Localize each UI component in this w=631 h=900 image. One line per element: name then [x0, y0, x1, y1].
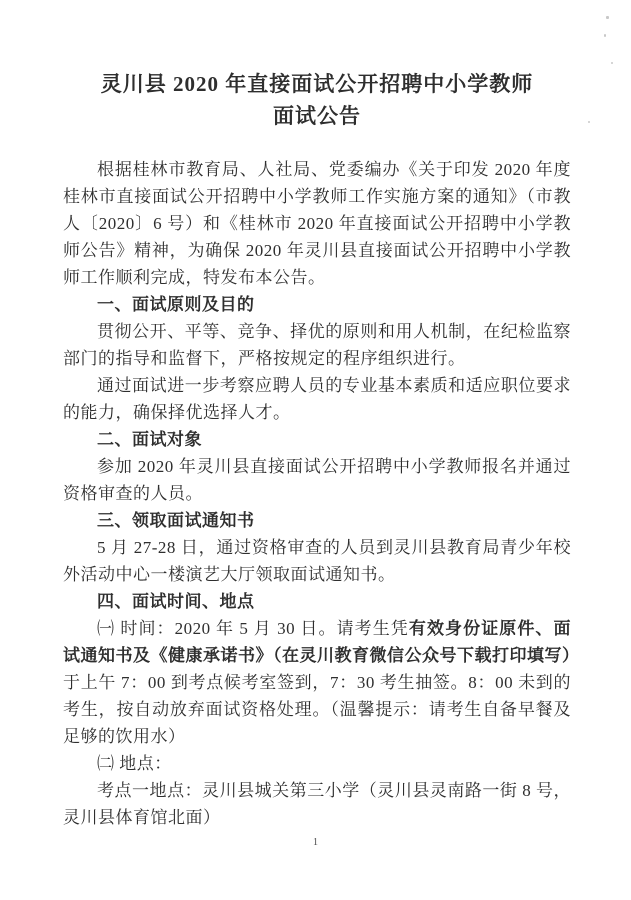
- scan-speck: [606, 16, 609, 19]
- section-4-location-label: ㈡ 地点：: [63, 750, 571, 777]
- announcement-page: 灵川县 2020 年直接面试公开招聘中小学教师 面试公告 根据桂林市教育局、人社…: [0, 0, 631, 900]
- section-4-heading: 四、面试时间、地点: [63, 588, 571, 615]
- scan-speck: [588, 121, 590, 123]
- time-paragraph-end: 于上午 7：00 到考点候考室签到，7：30 考生抽签。8：00 未到的考生，按…: [63, 673, 571, 746]
- title-line-1: 灵川县 2020 年直接面试公开招聘中小学教师: [63, 68, 571, 100]
- section-3-paragraph-1: 5 月 27-28 日，通过资格审查的人员到灵川县教育局青少年校外活动中心一楼演…: [63, 534, 571, 588]
- section-2-heading: 二、面试对象: [63, 426, 571, 453]
- scan-speck: [604, 34, 606, 37]
- section-4-time-paragraph: ㈠ 时间：2020 年 5 月 30 日。请考生凭有效身份证原件、面试通知书及《…: [63, 615, 571, 750]
- section-4-venue-paragraph: 考点一地点：灵川县城关第三小学（灵川县灵南路一街 8 号，灵川县体育馆北面）: [63, 777, 571, 831]
- intro-paragraph: 根据桂林市教育局、人社局、党委编办《关于印发 2020 年度桂林市直接面试公开招…: [63, 156, 571, 291]
- section-1-paragraph-2: 通过面试进一步考察应聘人员的专业基本素质和适应职位要求的能力，确保择优选择人才。: [63, 372, 571, 426]
- title-line-2: 面试公告: [63, 100, 571, 132]
- section-1-heading: 一、面试原则及目的: [63, 291, 571, 318]
- time-paragraph-start: ㈠ 时间：2020 年 5 月 30 日。请考生凭: [97, 619, 409, 638]
- section-2-paragraph-1: 参加 2020 年灵川县直接面试公开招聘中小学教师报名并通过资格审查的人员。: [63, 453, 571, 507]
- scan-speck: [611, 62, 613, 64]
- section-1-paragraph-1: 贯彻公开、平等、竞争、择优的原则和用人机制，在纪检监察部门的指导和监督下，严格按…: [63, 318, 571, 372]
- document-content: 灵川县 2020 年直接面试公开招聘中小学教师 面试公告 根据桂林市教育局、人社…: [0, 0, 631, 831]
- section-3-heading: 三、领取面试通知书: [63, 507, 571, 534]
- document-title: 灵川县 2020 年直接面试公开招聘中小学教师 面试公告: [63, 68, 571, 132]
- page-number: 1: [0, 837, 631, 848]
